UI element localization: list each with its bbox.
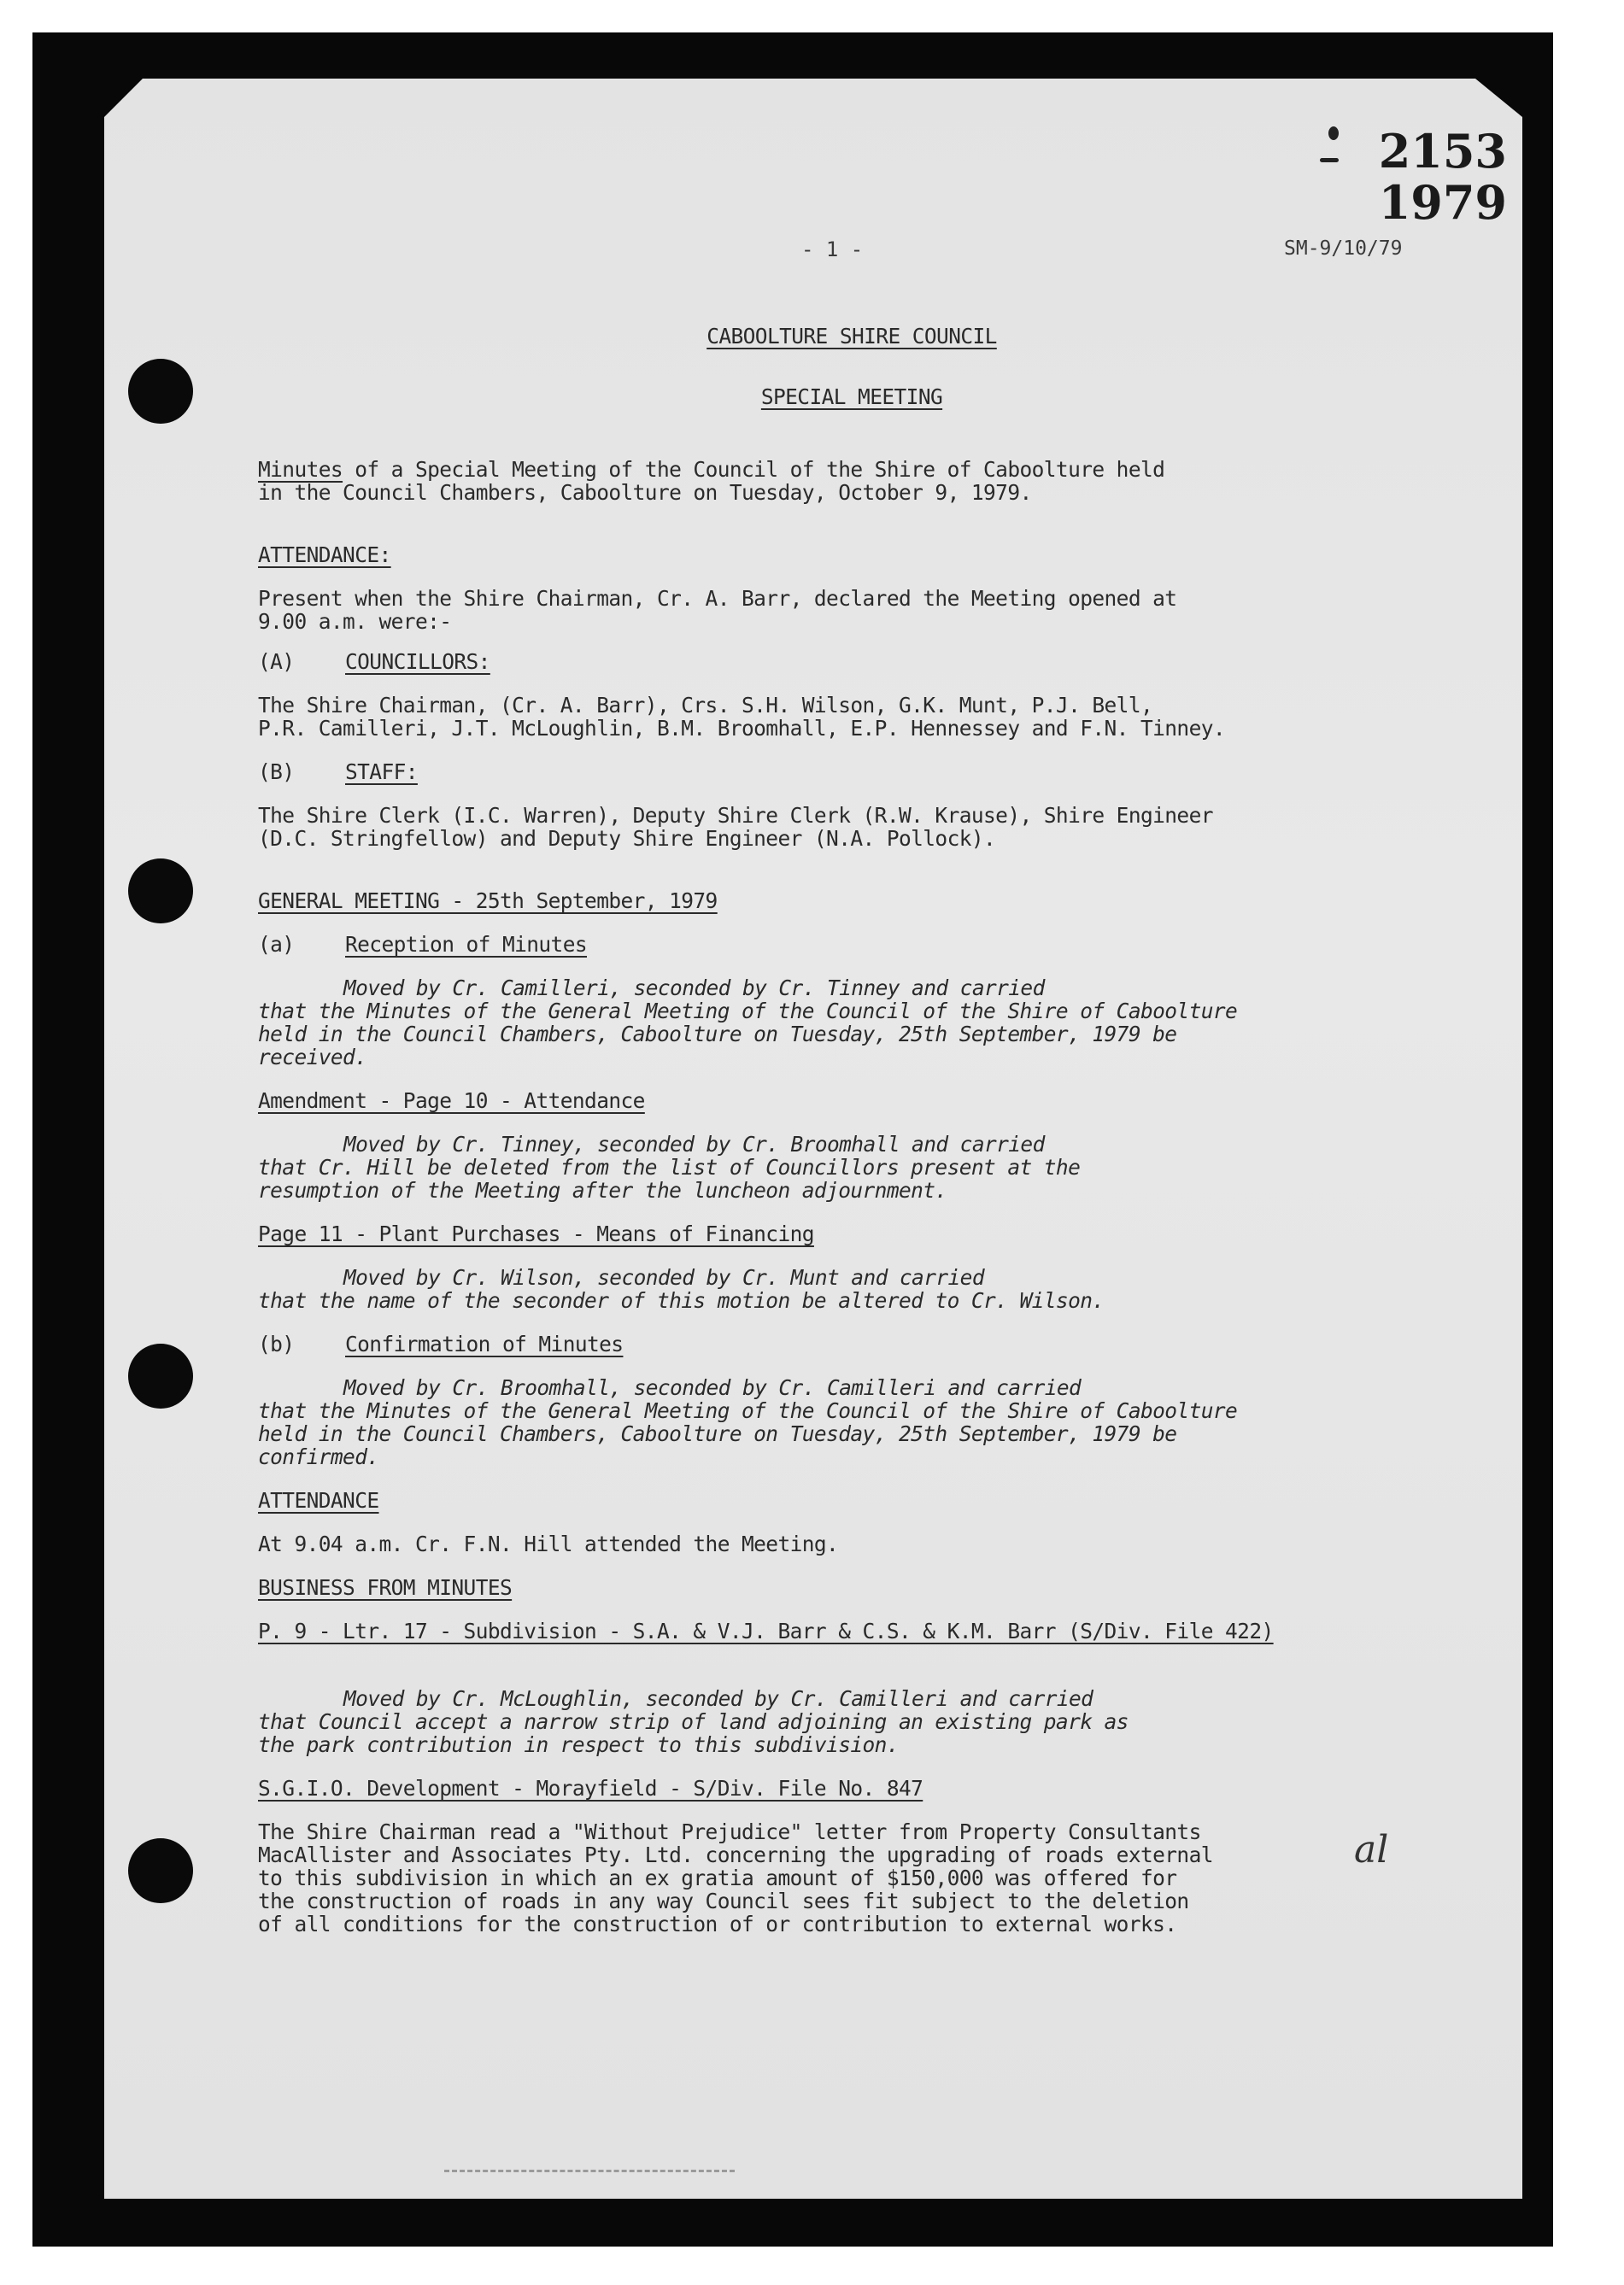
councillors-heading: COUNCILLORS: xyxy=(345,649,490,674)
document-reference: SM-9/10/79 xyxy=(1284,237,1402,260)
sgio-paragraph: The Shire Chairman read a "Without Preju… xyxy=(258,1820,1471,1936)
minutes-body: CABOOLTURE SHIRE COUNCIL SPECIAL MEETING… xyxy=(258,325,1471,1936)
punch-hole xyxy=(128,1344,193,1409)
ink-mark xyxy=(1320,158,1339,162)
subdivision-heading: P. 9 - Ltr. 17 - Subdivision - S.A. & V.… xyxy=(258,1619,1274,1643)
business-heading: BUSINESS FROM MINUTES xyxy=(258,1575,512,1600)
attendance-heading: ATTENDANCE: xyxy=(258,542,391,567)
amendment-heading: Amendment - Page 10 - Attendance xyxy=(258,1088,645,1113)
attendance-paragraph: Present when the Shire Chairman, Cr. A. … xyxy=(258,587,1471,633)
plant-motion: Moved by Cr. Wilson, seconded by Cr. Mun… xyxy=(258,1266,1471,1312)
page-number: - 1 - xyxy=(801,237,863,261)
attendance2-heading: ATTENDANCE xyxy=(258,1488,379,1513)
handwritten-initials: al xyxy=(1354,1828,1388,1872)
ink-mark xyxy=(1328,126,1339,140)
council-title: CABOOLTURE SHIRE COUNCIL xyxy=(706,324,997,349)
subdivision-motion: Moved by Cr. McLoughlin, seconded by Cr.… xyxy=(258,1687,1471,1756)
sgio-heading: S.G.I.O. Development - Morayfield - S/Di… xyxy=(258,1776,923,1801)
faint-footer-line xyxy=(444,2170,735,2172)
confirmation-motion: Moved by Cr. Broomhall, seconded by Cr. … xyxy=(258,1376,1471,1468)
stamp-number: 2153 xyxy=(1379,128,1507,174)
confirmation-heading: Confirmation of Minutes xyxy=(345,1332,623,1356)
general-meeting-heading: GENERAL MEETING - 25th September, 1979 xyxy=(258,888,718,913)
staff-list: The Shire Clerk (I.C. Warren), Deputy Sh… xyxy=(258,804,1471,850)
punch-hole xyxy=(128,858,193,923)
stamp-year: 1979 xyxy=(1379,179,1507,226)
councillors-list: The Shire Chairman, (Cr. A. Barr), Crs. … xyxy=(258,694,1471,740)
amendment-motion: Moved by Cr. Tinney, seconded by Cr. Bro… xyxy=(258,1133,1471,1202)
punch-hole xyxy=(128,1838,193,1903)
meeting-title: SPECIAL MEETING xyxy=(761,384,942,409)
reception-motion: Moved by Cr. Camilleri, seconded by Cr. … xyxy=(258,976,1471,1069)
punch-hole xyxy=(128,359,193,424)
intro-paragraph: Minutes of a Special Meeting of the Coun… xyxy=(258,458,1471,504)
staff-heading: STAFF: xyxy=(345,759,418,784)
reception-heading: Reception of Minutes xyxy=(345,932,587,957)
attendance2-text: At 9.04 a.m. Cr. F.N. Hill attended the … xyxy=(258,1532,1471,1556)
plant-heading: Page 11 - Plant Purchases - Means of Fin… xyxy=(258,1222,814,1246)
